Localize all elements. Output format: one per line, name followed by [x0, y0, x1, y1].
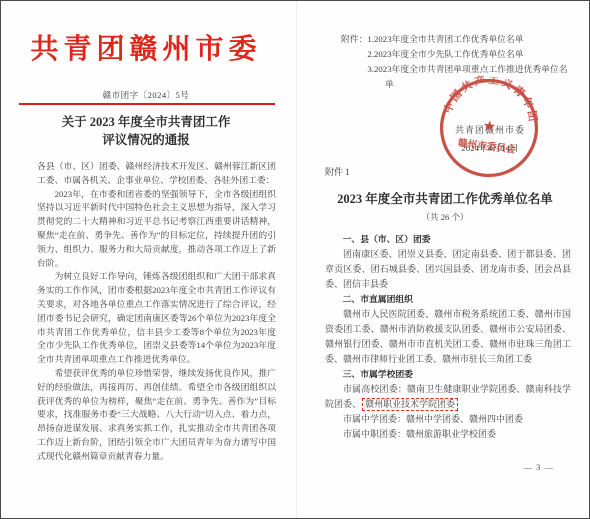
notice-body: 各县（市、区）团委、赣州经济技术开发区、赣州蓉江新区团工委、市属各机关、企事业单…: [37, 160, 276, 464]
section-1-heading: 一、县（市、区）团委: [325, 232, 571, 247]
body-paragraph-2: 为树立良好工作导向，锤炼各级团组织和广大团干部求真务实的工作作风，团市委根据20…: [37, 270, 276, 367]
masthead-title: 共青团赣州市委: [11, 27, 281, 67]
attachment-item-1: 1.2023年度全市共青团工作优秀单位名单: [367, 32, 573, 47]
award-list-body: 一、县（市、区）团委 团南康区委、团崇义县委、团定南县委、团于都县委、团章贡区委…: [325, 232, 571, 442]
seal-star-icon: ★: [481, 117, 497, 136]
notice-title-line1: 关于 2023 年度全市共青团工作: [11, 113, 281, 131]
body-paragraph-3: 希望获评优秀的单位珍惜荣誉，继续发扬优良作风，推广好的经验做法，再接再厉、再创佳…: [37, 367, 276, 464]
highlighted-unit: 赣州职业技术学院团委: [362, 398, 458, 411]
section-3-heading: 三、市属学校团委: [325, 367, 571, 382]
attachment-item-2: 2.2023年度全市少先队工作优秀单位名单: [367, 47, 573, 62]
notice-title-line2: 评议情况的通报: [11, 131, 281, 149]
page-2: 附件： 1.2023年度全市共青团工作优秀单位名单 2.2023年度全市少先队工…: [297, 1, 590, 518]
attachment-ref: 附件 1: [325, 165, 350, 178]
seal-band-text: 赣州市委员会: [457, 136, 517, 156]
red-divider-rule: [19, 103, 275, 105]
document-scan: 共青团赣州市委 赣市团字〔2024〕5号 关于 2023 年度全市共青团工作 评…: [0, 0, 590, 519]
document-number: 赣市团字〔2024〕5号: [11, 89, 281, 101]
award-list-count: （共 26 个）: [307, 211, 583, 223]
attachments-label: 附件：: [341, 32, 367, 92]
colleges-line: 市属高校团委：赣南卫生健康职业学院团委、赣南科技学院团委、赣州职业技术学院团委: [325, 382, 571, 412]
section-2-body: 赣州市人民医院团委、赣州市税务系统团工委、赣州市国资委团工委、赣州市消防救援支队…: [325, 307, 571, 367]
salutation: 各县（市、区）团委、赣州经济技术开发区、赣州蓉江新区团工委、市属各机关、企事业单…: [37, 160, 276, 188]
section-2-heading: 二、市直属团组织: [325, 292, 571, 307]
page-number: — 3 —: [524, 462, 555, 472]
body-paragraph-1: 2023年，在市委和团省委的坚强领导下，全市各级团组织坚持以习近平新时代中国特色…: [37, 188, 276, 271]
vocational-line: 市属中职团委：赣州旅游职业学校团委: [325, 427, 571, 442]
page-1: 共青团赣州市委 赣市团字〔2024〕5号 关于 2023 年度全市共青团工作 评…: [1, 1, 297, 518]
official-seal-icon: 中国共产主义青年团 ★ 赣州市委员会: [432, 71, 546, 185]
notice-title: 关于 2023 年度全市共青团工作 评议情况的通报: [11, 113, 281, 149]
section-1-body: 团南康区委、团崇义县委、团定南县委、团于都县委、团章贡区委、团石城县委、团兴国县…: [325, 247, 571, 292]
award-list-title: 2023 年度全市共青团工作优秀单位名单: [307, 189, 583, 207]
middle-schools-line: 市属中学团委：赣州中学团委、赣州四中团委: [325, 412, 571, 427]
